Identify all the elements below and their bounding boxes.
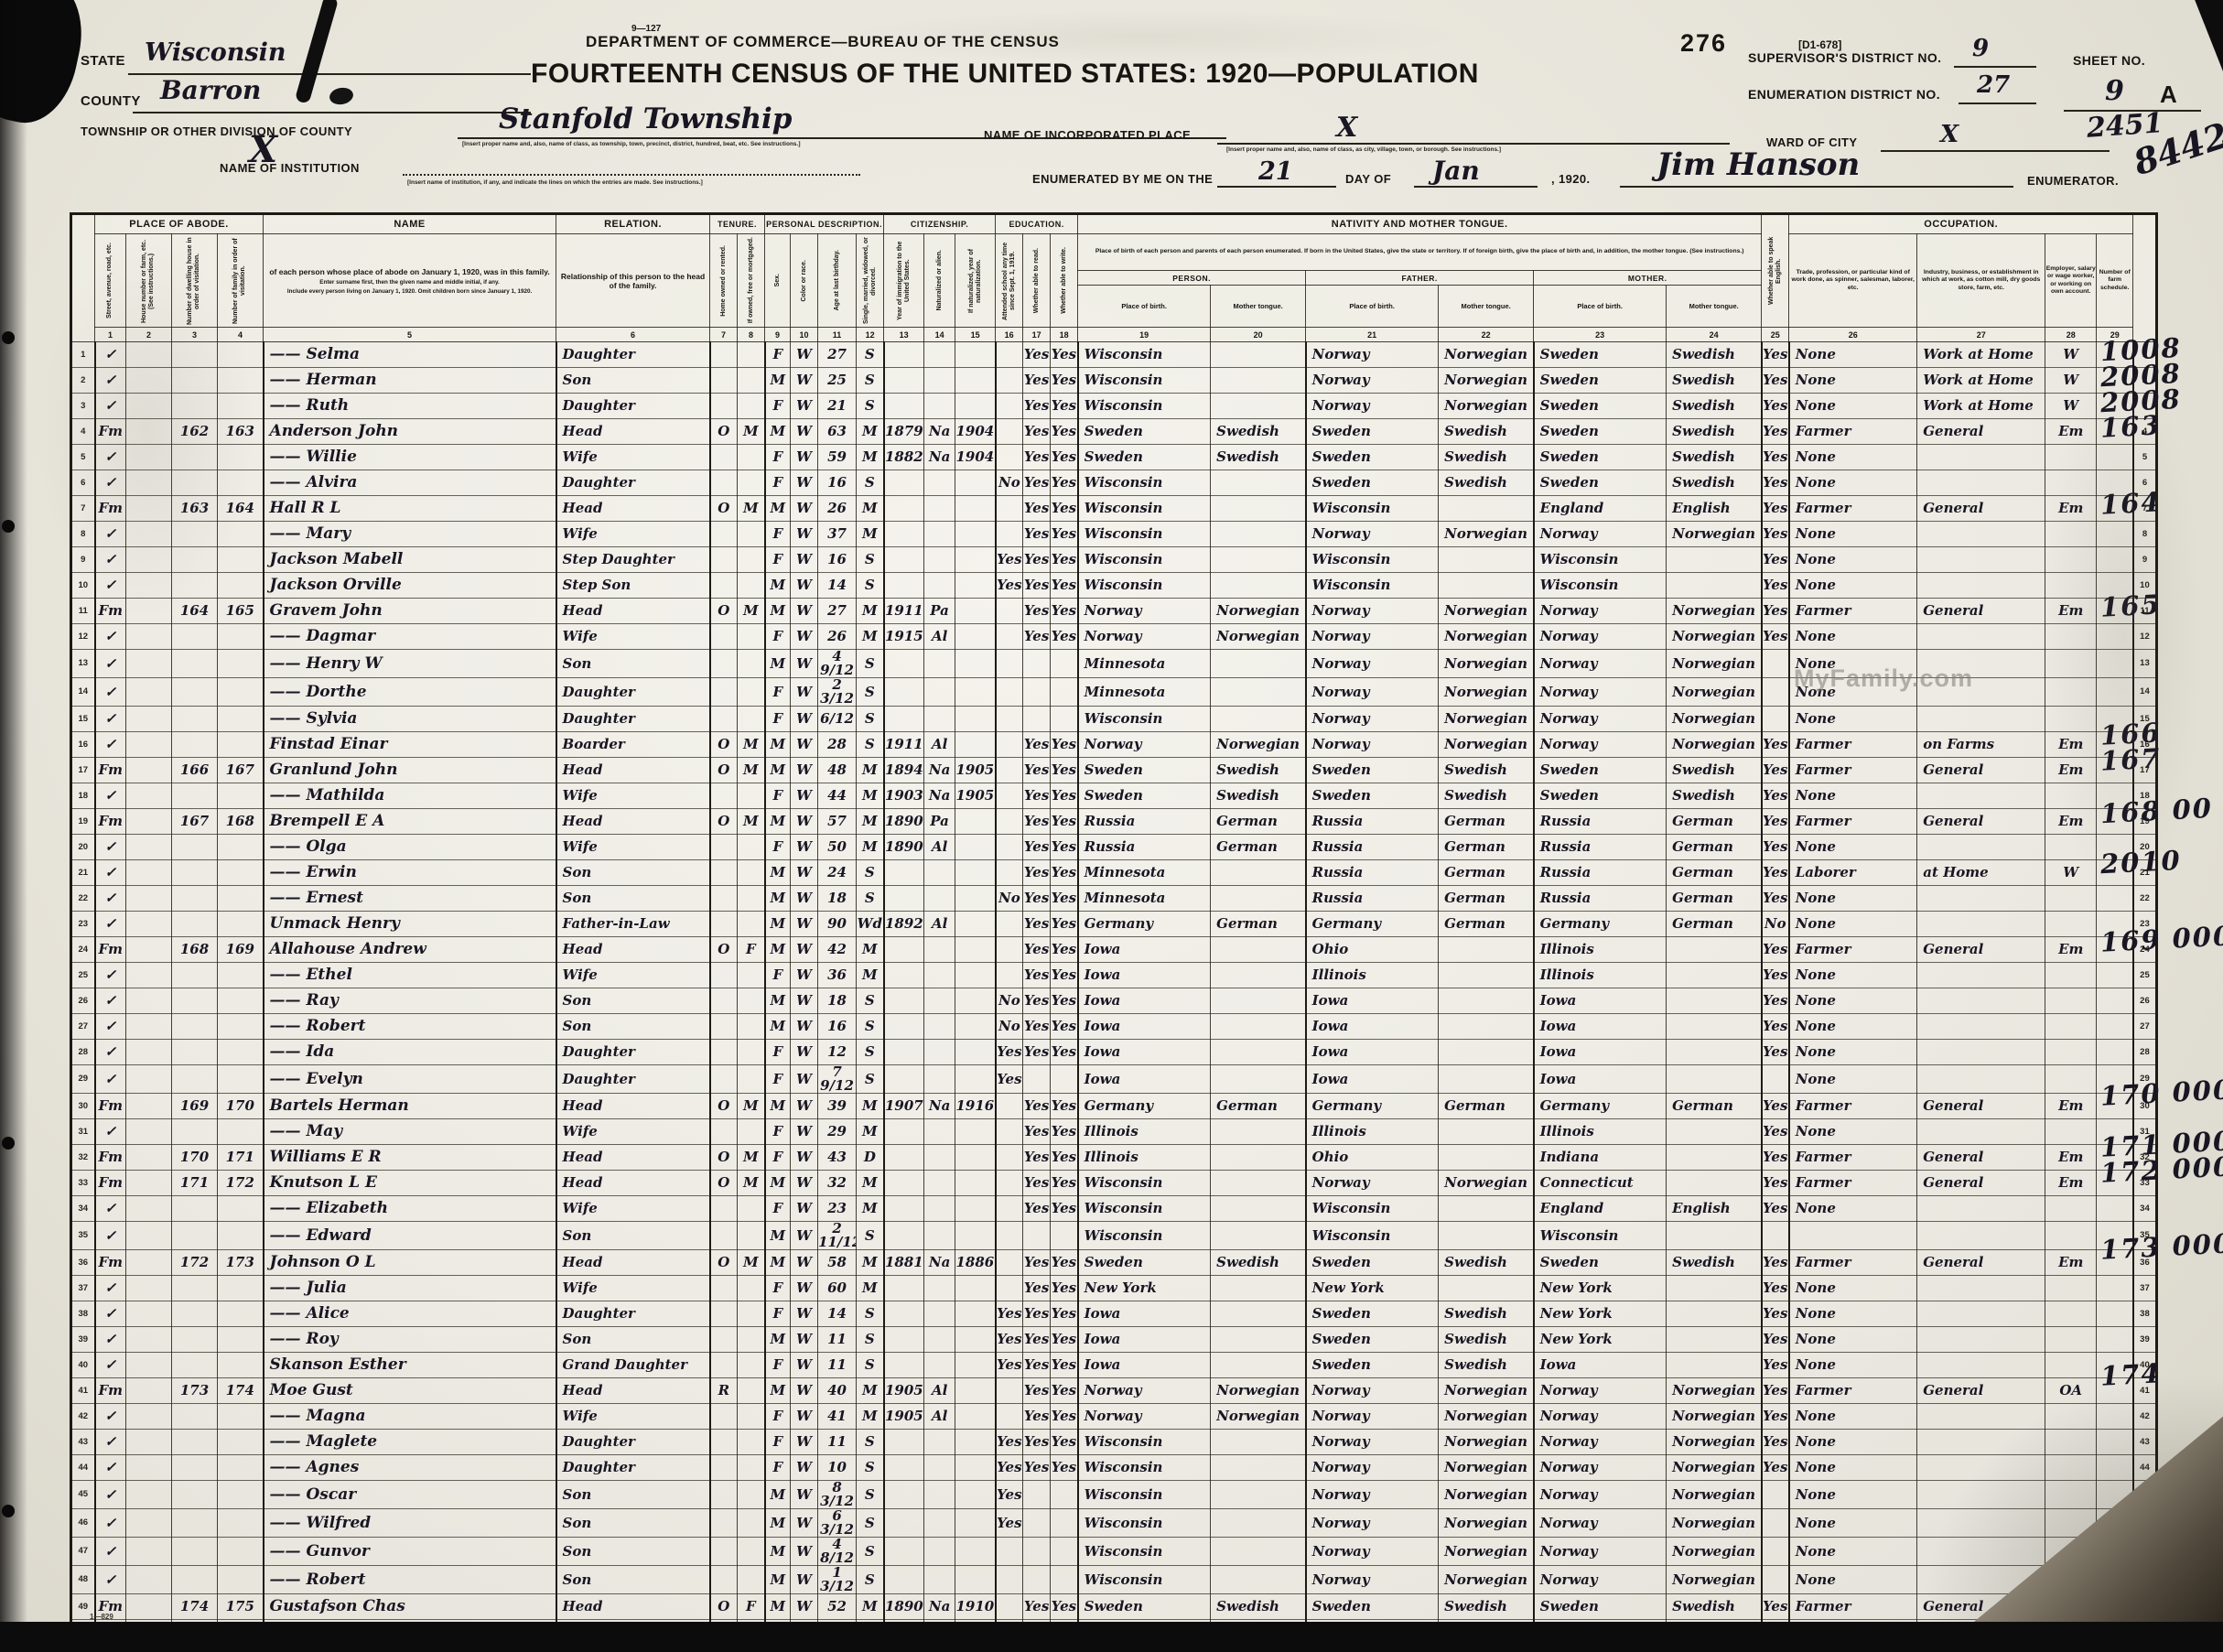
- cell-imm: [884, 1327, 924, 1353]
- cell-pb: Russia: [1078, 809, 1211, 835]
- cell-nat: [924, 573, 955, 599]
- cell-sex: M: [765, 732, 791, 758]
- person-row: 8✓—— MaryWifeFW37MYesYesWisconsinNorwayN…: [71, 522, 2157, 547]
- cell-rd: Yes: [1023, 1455, 1051, 1481]
- line-number: 18: [71, 783, 95, 809]
- cell-cls: [2045, 1014, 2097, 1040]
- cell-c1: ✓: [95, 368, 126, 394]
- cell-c3: [172, 1404, 218, 1430]
- cell-t1: [710, 1481, 738, 1509]
- cell-c1: ✓: [95, 1301, 126, 1327]
- line-number: 23: [71, 912, 95, 937]
- cell-mpb: Norway: [1534, 1566, 1667, 1594]
- cell-fmt: Norwegian: [1439, 1509, 1534, 1538]
- cell-fpb: Norway: [1306, 624, 1439, 650]
- cell-c4: [218, 1222, 264, 1250]
- cell-mar: S: [857, 547, 884, 573]
- cell-t2: M: [738, 419, 765, 445]
- person-row: 15✓—— SylviaDaughterFW6/12SWisconsinNorw…: [71, 707, 2157, 732]
- cell-fpb: Norway: [1306, 342, 1439, 368]
- cell-c3: [172, 624, 218, 650]
- cell-fmt: [1439, 1222, 1534, 1250]
- cell-c2: [126, 547, 172, 573]
- cell-sch: No: [996, 470, 1023, 496]
- cell-mpb: Sweden: [1534, 445, 1667, 470]
- cell-pb: Wisconsin: [1078, 496, 1211, 522]
- cell-mpb: Sweden: [1534, 394, 1667, 419]
- scan-bottom-edge: [0, 1622, 2223, 1652]
- cell-mpb: Indiana: [1534, 1145, 1667, 1171]
- cell-mmt: [1667, 1222, 1762, 1250]
- cell-c4: [218, 1276, 264, 1301]
- cell-nat: Na: [924, 1594, 955, 1620]
- cell-nat: [924, 1014, 955, 1040]
- cell-t1: O: [710, 732, 738, 758]
- cell-imm: [884, 1014, 924, 1040]
- cell-c2: [126, 809, 172, 835]
- institution-label: Name of Institution: [220, 161, 360, 175]
- cell-age: 14: [818, 573, 857, 599]
- cell-c4: [218, 368, 264, 394]
- cell-name: —— May: [264, 1119, 556, 1145]
- cell-farm: [2097, 445, 2133, 470]
- cell-cls: [2045, 678, 2097, 707]
- cell-sch: Yes: [996, 1509, 1023, 1538]
- column-number: 6: [556, 328, 710, 342]
- cell-fmt: Norwegian: [1439, 1566, 1534, 1594]
- cell-mt: [1211, 1430, 1306, 1455]
- cell-natyr: 1886: [955, 1250, 996, 1276]
- person-row: 21✓—— ErwinSonMW24SYesYesMinnesotaRussia…: [71, 860, 2157, 886]
- cell-mar: M: [857, 937, 884, 963]
- cell-age: 32: [818, 1171, 857, 1196]
- supervisor-label: Supervisor's District No.: [1748, 50, 1941, 65]
- cell-fpb: Sweden: [1306, 1353, 1439, 1378]
- cell-occ: None: [1789, 783, 1917, 809]
- cell-cls: [2045, 1065, 2097, 1094]
- cell-eng: Yes: [1762, 573, 1789, 599]
- cell-cls: [2045, 650, 2097, 678]
- cell-eng: Yes: [1762, 599, 1789, 624]
- line-number: 35: [71, 1222, 95, 1250]
- column-header-owned-rented: Home owned or rented.: [710, 234, 738, 328]
- line-number: 39: [71, 1327, 95, 1353]
- person-row: 46✓—— WilfredSonMW6 3/12SYesWisconsinNor…: [71, 1509, 2157, 1538]
- cell-t1: [710, 394, 738, 419]
- cell-sex: M: [765, 419, 791, 445]
- cell-farm: [2097, 522, 2133, 547]
- cell-c3: 168: [172, 937, 218, 963]
- cell-cls: Em: [2045, 937, 2097, 963]
- cell-sex: M: [765, 1509, 791, 1538]
- cell-mpb: Russia: [1534, 835, 1667, 860]
- cell-fmt: Swedish: [1439, 1353, 1534, 1378]
- cell-name: —— Herman: [264, 368, 556, 394]
- cell-mar: M: [857, 1404, 884, 1430]
- cell-t2: [738, 1222, 765, 1250]
- cell-c4: [218, 1040, 264, 1065]
- cell-name: —— Olga: [264, 835, 556, 860]
- cell-rel: Head: [556, 599, 710, 624]
- cell-t2: [738, 963, 765, 988]
- cell-mpb: Norway: [1534, 1378, 1667, 1404]
- cell-nat: [924, 496, 955, 522]
- cell-race: W: [791, 1065, 818, 1094]
- cell-t1: [710, 650, 738, 678]
- day-of-label: day of: [1345, 172, 1391, 186]
- cell-wr: Yes: [1051, 1040, 1078, 1065]
- cell-farm: [2097, 1196, 2133, 1222]
- cell-mar: M: [857, 1276, 884, 1301]
- cell-c3: [172, 445, 218, 470]
- cell-mmt: [1667, 1014, 1762, 1040]
- line-number: 36: [71, 1250, 95, 1276]
- cell-mmt: German: [1667, 860, 1762, 886]
- column-number: 26: [1789, 328, 1917, 342]
- cell-c1: ✓: [95, 678, 126, 707]
- cell-name: —— Ruth: [264, 394, 556, 419]
- cell-nat: Al: [924, 835, 955, 860]
- column-header-attended-school: Attended school any time since Sept. 1, …: [996, 234, 1023, 328]
- cell-age: 28: [818, 732, 857, 758]
- cell-mar: M: [857, 1378, 884, 1404]
- cell-natyr: [955, 1171, 996, 1196]
- cell-occ: None: [1789, 1509, 1917, 1538]
- cell-fpb: Norway: [1306, 1171, 1439, 1196]
- cell-sex: F: [765, 1145, 791, 1171]
- cell-rel: Head: [556, 937, 710, 963]
- cell-occ: None: [1789, 522, 1917, 547]
- cell-mar: S: [857, 1566, 884, 1594]
- cell-mpb: Sweden: [1534, 1250, 1667, 1276]
- cell-nat: Na: [924, 445, 955, 470]
- cell-t2: [738, 394, 765, 419]
- cell-c4: [218, 835, 264, 860]
- column-header-naturalized-alien: Naturalized or alien.: [924, 234, 955, 328]
- cell-age: 26: [818, 496, 857, 522]
- cell-t1: [710, 1040, 738, 1065]
- cell-age: 43: [818, 1145, 857, 1171]
- cell-eng: Yes: [1762, 1353, 1789, 1378]
- margin-farm-number: 173 000: [2099, 1227, 2223, 1266]
- cell-t1: [710, 1509, 738, 1538]
- cell-age: 16: [818, 470, 857, 496]
- line-number: 38: [71, 1301, 95, 1327]
- scan-corner-wedge: [2183, 0, 2223, 71]
- cell-c1: ✓: [95, 1014, 126, 1040]
- cell-t2: [738, 368, 765, 394]
- cell-mmt: [1667, 937, 1762, 963]
- line-number: 25: [71, 963, 95, 988]
- cell-c4: [218, 1566, 264, 1594]
- cell-mmt: German: [1667, 886, 1762, 912]
- cell-fmt: [1439, 1145, 1534, 1171]
- cell-mar: M: [857, 522, 884, 547]
- cell-occ: None: [1789, 1014, 1917, 1040]
- cell-wr: Yes: [1051, 394, 1078, 419]
- cell-natyr: [955, 1566, 996, 1594]
- cell-sch: [996, 1094, 1023, 1119]
- cell-fmt: [1439, 1196, 1534, 1222]
- column-number: 28: [2045, 328, 2097, 342]
- cell-sex: M: [765, 368, 791, 394]
- scan-ink-blot: [329, 86, 355, 106]
- cell-c3: [172, 1481, 218, 1509]
- cell-natyr: [955, 860, 996, 886]
- person-row: 22✓—— ErnestSonMW18SNoYesYesMinnesotaRus…: [71, 886, 2157, 912]
- cell-name: Finstad Einar: [264, 732, 556, 758]
- cell-age: 39: [818, 1094, 857, 1119]
- cell-rel: Daughter: [556, 1040, 710, 1065]
- cell-t2: [738, 650, 765, 678]
- cell-pb: Russia: [1078, 835, 1211, 860]
- cell-c4: 168: [218, 809, 264, 835]
- cell-t2: M: [738, 1145, 765, 1171]
- cell-c3: [172, 1222, 218, 1250]
- cell-sex: F: [765, 963, 791, 988]
- cell-fpb: Wisconsin: [1306, 1196, 1439, 1222]
- cell-fmt: [1439, 963, 1534, 988]
- cell-race: W: [791, 937, 818, 963]
- cell-sex: F: [765, 1430, 791, 1455]
- cell-rd: Yes: [1023, 1594, 1051, 1620]
- cell-imm: [884, 522, 924, 547]
- cell-name: —— Sylvia: [264, 707, 556, 732]
- cell-farm: [2097, 650, 2133, 678]
- cell-rd: Yes: [1023, 470, 1051, 496]
- cell-sch: Yes: [996, 573, 1023, 599]
- cell-race: W: [791, 758, 818, 783]
- person-row: 47✓—— GunvorSonMW4 8/12SWisconsinNorwayN…: [71, 1538, 2157, 1566]
- cell-wr: [1051, 1222, 1078, 1250]
- cell-mar: M: [857, 835, 884, 860]
- cell-age: 14: [818, 1301, 857, 1327]
- cell-t2: [738, 1065, 765, 1094]
- cell-c3: [172, 1327, 218, 1353]
- cell-natyr: 1916: [955, 1094, 996, 1119]
- cell-mmt: Swedish: [1667, 1250, 1762, 1276]
- cell-ind: General: [1917, 809, 2045, 835]
- cell-rel: Wife: [556, 1196, 710, 1222]
- cell-mpb: Germany: [1534, 912, 1667, 937]
- cell-c1: ✓: [95, 912, 126, 937]
- cell-cls: [2045, 835, 2097, 860]
- cell-wr: [1051, 1481, 1078, 1509]
- state-label: State: [81, 53, 125, 69]
- cell-occ: None: [1789, 886, 1917, 912]
- cell-c2: [126, 783, 172, 809]
- cell-wr: Yes: [1051, 445, 1078, 470]
- cell-mt: [1211, 1222, 1306, 1250]
- column-header-father-mother-tongue: Mother tongue.: [1439, 286, 1534, 328]
- person-row: 3✓—— RuthDaughterFW21SYesYesWisconsinNor…: [71, 394, 2157, 419]
- cell-fmt: Swedish: [1439, 470, 1534, 496]
- cell-rd: Yes: [1023, 988, 1051, 1014]
- column-number: 8: [738, 328, 765, 342]
- cell-pb: Minnesota: [1078, 678, 1211, 707]
- cell-occ: None: [1789, 835, 1917, 860]
- cell-mpb: Russia: [1534, 809, 1667, 835]
- institution-note: [Insert name of institution, if any, and…: [407, 179, 703, 186]
- cell-mpb: Wisconsin: [1534, 547, 1667, 573]
- cell-c1: ✓: [95, 1327, 126, 1353]
- cell-eng: Yes: [1762, 860, 1789, 886]
- cell-occ: None: [1789, 1327, 1917, 1353]
- cell-ind: General: [1917, 1250, 2045, 1276]
- cell-t1: [710, 988, 738, 1014]
- cell-c4: 174: [218, 1378, 264, 1404]
- cell-eng: Yes: [1762, 835, 1789, 860]
- cell-natyr: 1905: [955, 758, 996, 783]
- cell-mt: Swedish: [1211, 1250, 1306, 1276]
- column-header-mother-birthplace: Place of birth.: [1534, 286, 1667, 328]
- cell-sex: M: [765, 912, 791, 937]
- cell-mt: [1211, 963, 1306, 988]
- column-number: 17: [1023, 328, 1051, 342]
- cell-race: W: [791, 599, 818, 624]
- cell-sch: [996, 1566, 1023, 1594]
- cell-mpb: Sweden: [1534, 419, 1667, 445]
- cell-rel: Head: [556, 1250, 710, 1276]
- cell-fmt: Norwegian: [1439, 342, 1534, 368]
- cell-farm: [2097, 886, 2133, 912]
- column-number: 9: [765, 328, 791, 342]
- cell-mmt: Swedish: [1667, 419, 1762, 445]
- cell-t1: [710, 1566, 738, 1594]
- cell-c1: ✓: [95, 1566, 126, 1594]
- group-personal-description: Personal Description.: [765, 214, 884, 234]
- cell-c1: ✓: [95, 1276, 126, 1301]
- cell-ind: [1917, 573, 2045, 599]
- cell-pb: Wisconsin: [1078, 1481, 1211, 1509]
- cell-eng: Yes: [1762, 1455, 1789, 1481]
- cell-wr: Yes: [1051, 368, 1078, 394]
- cell-name: Williams E R: [264, 1145, 556, 1171]
- cell-nat: Na: [924, 783, 955, 809]
- column-number: 12: [857, 328, 884, 342]
- cell-sex: F: [765, 1276, 791, 1301]
- cell-c3: 172: [172, 1250, 218, 1276]
- cell-t2: [738, 1301, 765, 1327]
- cell-c2: [126, 1014, 172, 1040]
- cell-race: W: [791, 860, 818, 886]
- cell-t2: [738, 1196, 765, 1222]
- cell-t1: [710, 1065, 738, 1094]
- cell-c3: [172, 394, 218, 419]
- person-row: 30Fm169170Bartels HermanHeadOMMW39M1907N…: [71, 1094, 2157, 1119]
- cell-nat: [924, 963, 955, 988]
- cell-age: 11: [818, 1353, 857, 1378]
- cell-t2: [738, 1119, 765, 1145]
- cell-mmt: Swedish: [1667, 394, 1762, 419]
- cell-sch: [996, 445, 1023, 470]
- cell-ind: [1917, 1301, 2045, 1327]
- cell-c2: [126, 732, 172, 758]
- cell-fpb: Russia: [1306, 860, 1439, 886]
- subgroup-father: Father.: [1306, 271, 1534, 286]
- cell-cls: [2045, 1301, 2097, 1327]
- cell-race: W: [791, 707, 818, 732]
- cell-sex: M: [765, 573, 791, 599]
- group-place-of-abode: Place of Abode.: [95, 214, 264, 234]
- cell-t2: [738, 624, 765, 650]
- cell-c2: [126, 1171, 172, 1196]
- line-number: 40: [71, 1353, 95, 1378]
- cell-rd: [1023, 1509, 1051, 1538]
- cell-c4: [218, 1404, 264, 1430]
- cell-c1: ✓: [95, 624, 126, 650]
- cell-mmt: German: [1667, 1094, 1762, 1119]
- cell-race: W: [791, 1481, 818, 1509]
- cell-c4: 164: [218, 496, 264, 522]
- cell-c4: [218, 912, 264, 937]
- cell-pb: Sweden: [1078, 1594, 1211, 1620]
- cell-name: —— Ida: [264, 1040, 556, 1065]
- township-note: [Insert proper name and, also, name of c…: [462, 141, 801, 147]
- cell-nat: Al: [924, 624, 955, 650]
- cell-fmt: German: [1439, 835, 1534, 860]
- cell-sch: [996, 1196, 1023, 1222]
- cell-age: 41: [818, 1404, 857, 1430]
- cell-sex: F: [765, 707, 791, 732]
- cell-age: 8 3/12: [818, 1481, 857, 1509]
- cell-pb: Wisconsin: [1078, 522, 1211, 547]
- cell-mmt: [1667, 1145, 1762, 1171]
- cell-t2: [738, 912, 765, 937]
- cell-c3: [172, 886, 218, 912]
- cell-occ: None: [1789, 368, 1917, 394]
- cell-ind: General: [1917, 419, 2045, 445]
- nativity-note: Place of birth of each person and parent…: [1078, 234, 1762, 271]
- cell-ind: General: [1917, 1094, 2045, 1119]
- cell-rel: Son: [556, 368, 710, 394]
- cell-c1: Fm: [95, 809, 126, 835]
- cell-rd: Yes: [1023, 394, 1051, 419]
- cell-mpb: Sweden: [1534, 470, 1667, 496]
- enumerated-month: Jan: [1432, 156, 1480, 186]
- cell-eng: Yes: [1762, 886, 1789, 912]
- cell-nat: [924, 1301, 955, 1327]
- cell-rd: Yes: [1023, 1404, 1051, 1430]
- cell-rd: [1023, 678, 1051, 707]
- cell-wr: Yes: [1051, 573, 1078, 599]
- cell-c4: [218, 650, 264, 678]
- cell-c4: [218, 886, 264, 912]
- cell-sex: F: [765, 1065, 791, 1094]
- cell-name: —— Oscar: [264, 1481, 556, 1509]
- cell-rd: Yes: [1023, 732, 1051, 758]
- cell-c2: [126, 1250, 172, 1276]
- cell-age: 2 11/12: [818, 1222, 857, 1250]
- cell-t2: [738, 1040, 765, 1065]
- cell-occ: Farmer: [1789, 599, 1917, 624]
- cell-t2: M: [738, 496, 765, 522]
- cell-cls: [2045, 988, 2097, 1014]
- cell-c4: [218, 963, 264, 988]
- cell-c2: [126, 368, 172, 394]
- cell-name: Gustafson Chas: [264, 1594, 556, 1620]
- column-header-able-to-write: Whether able to write.: [1051, 234, 1078, 328]
- cell-fpb: Wisconsin: [1306, 1222, 1439, 1250]
- cell-c4: [218, 470, 264, 496]
- cell-mar: S: [857, 1430, 884, 1455]
- cell-mar: M: [857, 599, 884, 624]
- column-number: 11: [818, 328, 857, 342]
- cell-ind: at Home: [1917, 860, 2045, 886]
- cell-nat: Pa: [924, 599, 955, 624]
- cell-race: W: [791, 1171, 818, 1196]
- cell-mt: [1211, 1481, 1306, 1509]
